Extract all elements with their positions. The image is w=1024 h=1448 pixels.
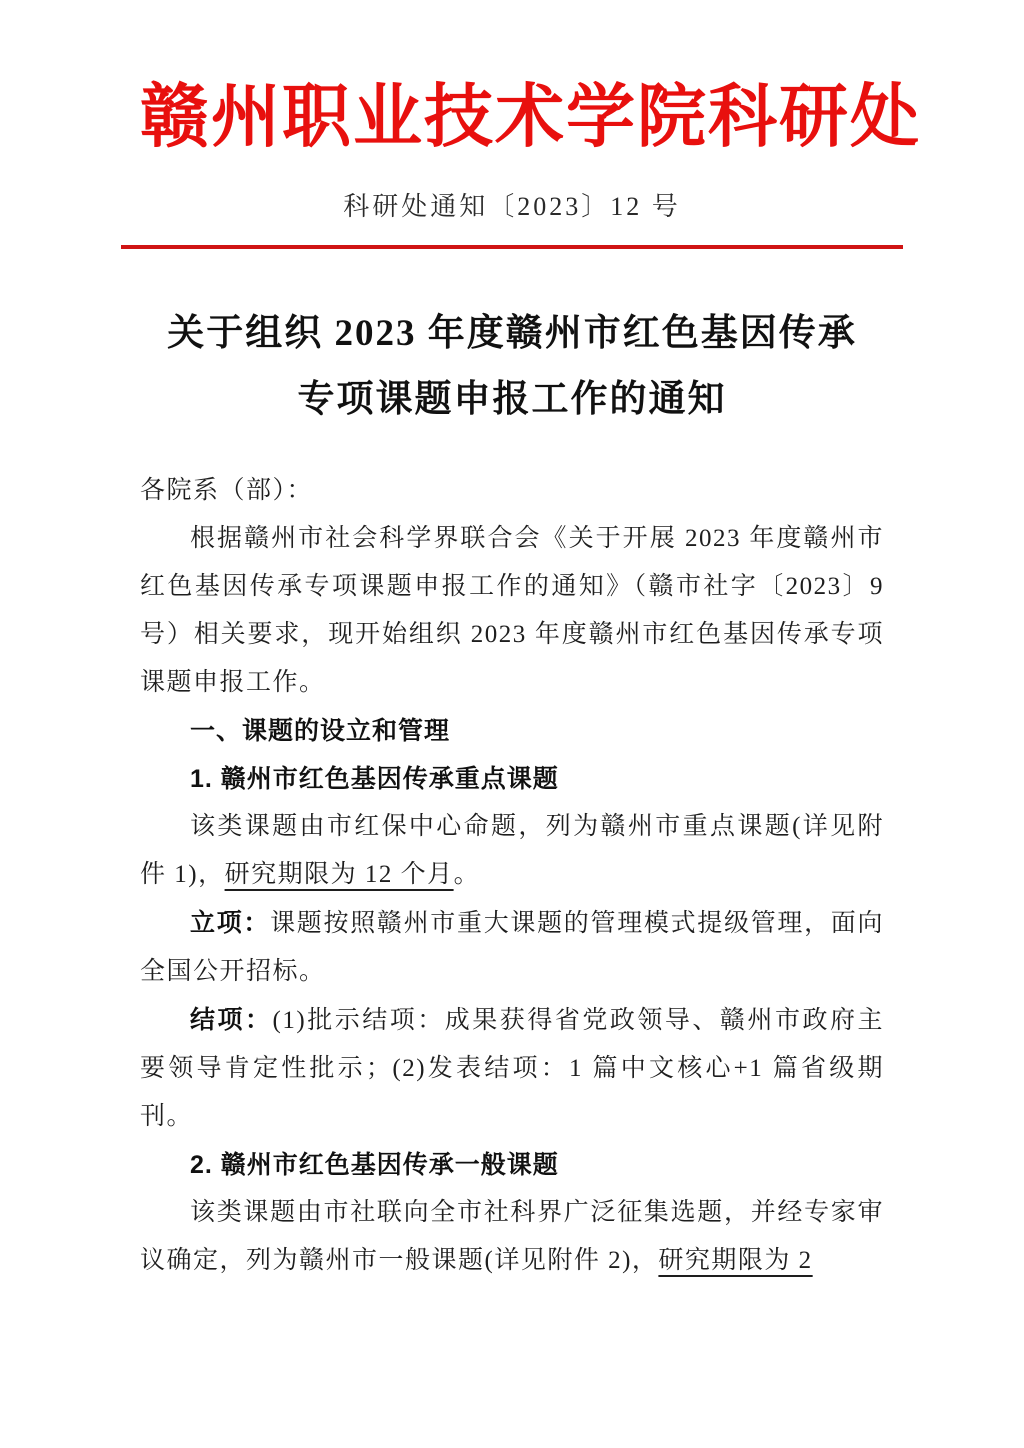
lixiang-label: 立项： <box>190 909 270 937</box>
doc-number: 科研处通知〔2023〕12 号 <box>140 190 884 224</box>
item1-underlined-text: 研究期限为 12 个月 <box>225 861 454 888</box>
salutation: 各院系（部）： <box>140 467 884 515</box>
document-title-line1: 关于组织 2023 年度赣州市红色基因传承 <box>140 301 884 367</box>
lixiang-paragraph: 立项：课题按照赣州市重大课题的管理模式提级管理，面向全国公开招标。 <box>140 899 884 996</box>
item1-text-post: 。 <box>454 861 481 888</box>
item1-heading: 1. 赣州市红色基因传承重点课题 <box>140 755 884 803</box>
item2-heading: 2. 赣州市红色基因传承一般课题 <box>140 1141 884 1189</box>
red-divider-line <box>121 245 903 249</box>
jiexiang-label: 结项： <box>190 1006 273 1034</box>
intro-paragraph: 根据赣州市社会科学界联合会《关于开展 2023 年度赣州市红色基因传承专项课题申… <box>140 515 884 707</box>
item2-underlined-text: 研究期限为 2 <box>658 1247 812 1274</box>
org-title: 赣州职业技术学院科研处 <box>140 70 884 164</box>
item1-paragraph: 该类课题由市红保中心命题，列为赣州市重点课题(详见附件 1)，研究期限为 12 … <box>140 803 884 899</box>
document-title-line2: 专项课题申报工作的通知 <box>140 367 884 433</box>
item2-paragraph: 该类课题由市社联向全市社科界广泛征集选题，并经专家审议确定，列为赣州市一般课题(… <box>140 1189 884 1285</box>
document-title: 关于组织 2023 年度赣州市红色基因传承 专项课题申报工作的通知 <box>140 301 884 433</box>
section1-heading: 一、课题的设立和管理 <box>140 707 884 755</box>
jiexiang-paragraph: 结项：(1)批示结项：成果获得省党政领导、赣州市政府主要领导肯定性批示；(2)发… <box>140 996 884 1141</box>
notice-page: 赣州职业技术学院科研处 科研处通知〔2023〕12 号 关于组织 2023 年度… <box>0 0 1024 1448</box>
document-body: 各院系（部）： 根据赣州市社会科学界联合会《关于开展 2023 年度赣州市红色基… <box>140 467 884 1285</box>
